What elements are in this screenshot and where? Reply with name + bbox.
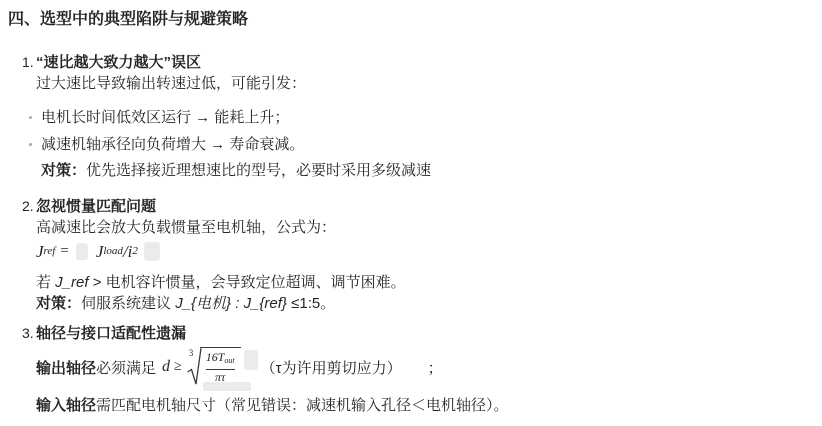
math-var-j: J bbox=[36, 243, 44, 260]
fraction-numerator: 16Tout bbox=[206, 351, 235, 367]
paragraph-intro: 高减速比会放大负载惯量至电机轴，公式为： bbox=[36, 217, 812, 238]
placeholder-box bbox=[244, 350, 258, 370]
item-title: “速比越大致力越大”误区 bbox=[36, 52, 812, 73]
line2-text: 需匹配电机轴尺寸（常见错误：减速机输入孔径＜电机轴径）。 bbox=[96, 397, 509, 414]
bullet-dot-icon bbox=[29, 143, 32, 146]
line2-bold: 输入轴径 bbox=[36, 397, 96, 414]
strategy-text: 优先选择接近理想速比的型号，必要时采用多级减速 bbox=[86, 162, 431, 179]
strategy-var1: J_{电机} bbox=[175, 295, 231, 312]
math-var-d: d bbox=[162, 358, 170, 376]
math-sub-ref: ref bbox=[44, 246, 56, 257]
page-title: 四、选型中的典型陷阱与规避策略 bbox=[8, 11, 812, 28]
condition-var: J_ref bbox=[55, 274, 88, 291]
math-equals: = bbox=[60, 244, 68, 259]
formula-shaft-line: 输出轴径必须满足 d ≥ 3 16Tout πτ （τ为许用剪切 bbox=[36, 346, 812, 388]
document: 四、选型中的典型陷阱与规避策略 1. “速比越大致力越大”误区 过大速比导致输出… bbox=[0, 0, 822, 416]
condition-rest: > 电机容许惯量，会导致定位超调、调节困难。 bbox=[89, 274, 406, 291]
item-number: 3. bbox=[22, 323, 36, 416]
strategy-label: 对策： bbox=[41, 162, 86, 179]
strategy-prefix: 伺服系统建议 bbox=[81, 295, 175, 312]
numerator-sub: out bbox=[224, 356, 234, 365]
bullet-text: 电机长时间低效区运行 → 能耗上升； bbox=[41, 109, 289, 126]
item-content: 忽视惯量匹配问题 高减速比会放大负载惯量至电机轴，公式为： Jref = Jlo… bbox=[36, 196, 812, 314]
strategy-var2: J_{ref} bbox=[244, 295, 287, 312]
list-item-1: 1. “速比越大致力越大”误区 过大速比导致输出转速过低，可能引发： 电机长时间… bbox=[8, 52, 812, 181]
strategy-line: 对策：优先选择接近理想速比的型号，必要时采用多级减速 bbox=[41, 160, 812, 181]
bullet-item: 电机长时间低效区运行 → 能耗上升； bbox=[28, 107, 812, 128]
line1-suffix: （τ为许用剪切应力） bbox=[261, 357, 402, 378]
list-item-3: 3. 轴径与接口适配性遗漏 输出轴径必须满足 d ≥ 3 16Tout πτ bbox=[8, 323, 812, 416]
placeholder-bar bbox=[203, 382, 251, 391]
formula-inertia: Jref = Jload/i2 bbox=[36, 238, 812, 264]
item-content: 轴径与接口适配性遗漏 输出轴径必须满足 d ≥ 3 16Tout πτ bbox=[36, 323, 812, 416]
placeholder-box bbox=[144, 242, 160, 261]
bullet-list: 电机长时间低效区运行 → 能耗上升； 减速机轴承径向负荷增大 → 寿命衰减。 对… bbox=[28, 107, 812, 181]
math-var-j: J bbox=[96, 243, 104, 260]
item-title: 轴径与接口适配性遗漏 bbox=[36, 323, 812, 344]
item-number: 2. bbox=[22, 196, 36, 314]
bullet-item: 减速机轴承径向负荷增大 → 寿命衰减。 对策：优先选择接近理想速比的型号，必要时… bbox=[28, 134, 812, 181]
cube-root: 3 16Tout πτ bbox=[186, 347, 258, 387]
line1-text: 必须满足 bbox=[96, 357, 156, 378]
item-content: “速比越大致力越大”误区 过大速比导致输出转速过低，可能引发： 电机长时间低效区… bbox=[36, 52, 812, 181]
math-geq: ≥ bbox=[174, 359, 182, 375]
item-title: 忽视惯量匹配问题 bbox=[36, 196, 812, 217]
bullet-text: 减速机轴承径向负荷增大 → 寿命衰减。 bbox=[41, 136, 304, 153]
strategy-separator: : bbox=[231, 295, 244, 312]
root-index: 3 bbox=[189, 348, 194, 358]
root-content: 16Tout πτ bbox=[200, 347, 241, 384]
list-item-2: 2. 忽视惯量匹配问题 高减速比会放大负载惯量至电机轴，公式为： Jref = … bbox=[8, 196, 812, 314]
numerator-base: 16T bbox=[206, 350, 225, 364]
math-div-i: /i bbox=[123, 243, 132, 260]
paragraph-input-shaft: 输入轴径需匹配电机轴尺寸（常见错误：减速机输入孔径＜电机轴径）。 bbox=[36, 395, 812, 416]
placeholder-box bbox=[76, 243, 88, 260]
paragraph-intro: 过大速比导致输出转速过低，可能引发： bbox=[36, 73, 812, 94]
line1-semicolon: ； bbox=[428, 357, 443, 378]
line1-bold: 输出轴径 bbox=[36, 357, 96, 378]
paragraph-condition: 若 J_ref > 电机容许惯量，会导致定位超调、调节困难。 bbox=[36, 272, 812, 293]
strategy-label: 对策： bbox=[36, 295, 81, 312]
strategy-rest: ≤1:5。 bbox=[287, 295, 335, 312]
strategy-line: 对策：伺服系统建议 J_{电机} : J_{ref} ≤1:5。 bbox=[36, 293, 812, 314]
condition-prefix: 若 bbox=[36, 274, 55, 291]
math-sub-load: load bbox=[103, 246, 123, 257]
math-exp-2: 2 bbox=[132, 246, 138, 257]
bullet-dot-icon bbox=[29, 116, 32, 119]
